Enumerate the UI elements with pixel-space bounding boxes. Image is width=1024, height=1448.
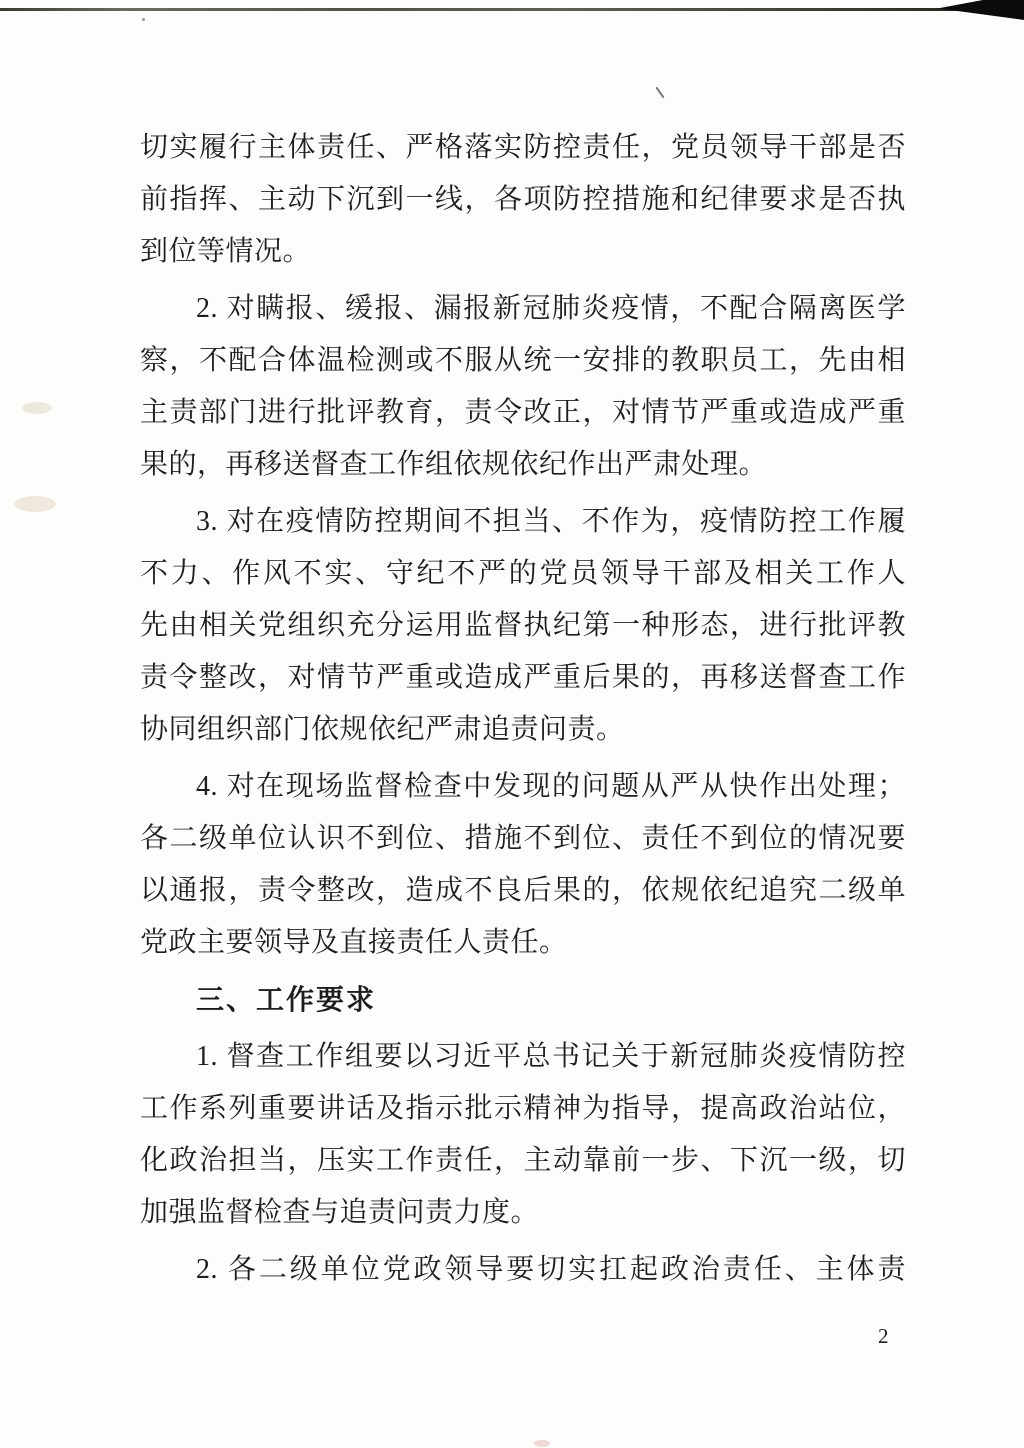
text-line: 三、工作要求 bbox=[140, 974, 906, 1026]
section-heading: 三、工作要求 bbox=[140, 974, 906, 1026]
paragraph: 2. 各二级单位党政领导要切实扛起政治责任、主体责任， bbox=[140, 1244, 906, 1296]
text-line: 2. 各二级单位党政领导要切实扛起政治责任、主体责任， bbox=[140, 1244, 906, 1296]
text-line: 协同组织部门依规依纪严肃追责问责。 bbox=[140, 704, 906, 756]
paragraph: 切实履行主体责任、严格落实防控责任，党员领导干部是否靠前指挥、主动下沉到一线，各… bbox=[140, 122, 906, 278]
text-line: 2. 对瞒报、缓报、漏报新冠肺炎疫情，不配合隔离医学观 bbox=[140, 283, 906, 335]
text-line: 3. 对在疫情防控期间不担当、不作为，疫情防控工作履责 bbox=[140, 496, 906, 548]
text-line: 前指挥、主动下沉到一线，各项防控措施和纪律要求是否执行 bbox=[140, 174, 906, 226]
text-line: 先由相关党组织充分运用监督执纪第一种形态，进行批评教育， bbox=[140, 600, 906, 652]
scan-artifact-smudge bbox=[534, 1440, 550, 1447]
text-line: 4. 对在现场监督检查中发现的问题从严从快作出处理；对 bbox=[140, 761, 906, 813]
scan-artifact-stray-mark bbox=[655, 87, 664, 99]
scan-artifact-corner-shadow bbox=[938, 0, 1024, 20]
paragraph: 4. 对在现场监督检查中发现的问题从严从快作出处理；对各二级单位认识不到位、措施… bbox=[140, 761, 906, 969]
text-line: 工作系列重要讲话及指示批示精神为指导，提高政治站位，强 bbox=[140, 1083, 906, 1135]
text-line: 到位等情况。 bbox=[140, 226, 906, 278]
text-line: 察，不配合体温检测或不服从统一安排的教职员工，先由相关 bbox=[140, 335, 906, 387]
text-line: 各二级单位认识不到位、措施不到位、责任不到位的情况要予 bbox=[140, 813, 906, 865]
text-line: 化政治担当，压实工作责任，主动靠前一步、下沉一级，切实 bbox=[140, 1135, 906, 1187]
text-line: 果的，再移送督查工作组依规依纪作出严肃处理。 bbox=[140, 439, 906, 491]
scan-artifact-top-line bbox=[0, 8, 1024, 11]
text-line: 切实履行主体责任、严格落实防控责任，党员领导干部是否靠 bbox=[140, 122, 906, 174]
page-number: 2 bbox=[878, 1324, 889, 1349]
text-line: 以通报，责令整改，造成不良后果的，依规依纪追究二级单位 bbox=[140, 865, 906, 917]
document-body: 切实履行主体责任、严格落实防控责任，党员领导干部是否靠前指挥、主动下沉到一线，各… bbox=[140, 122, 906, 1301]
scanned-document-page: 切实履行主体责任、严格落实防控责任，党员领导干部是否靠前指挥、主动下沉到一线，各… bbox=[0, 0, 1024, 1448]
paragraph: 1. 督查工作组要以习近平总书记关于新冠肺炎疫情防控工作系列重要讲话及指示批示精… bbox=[140, 1031, 906, 1239]
paragraph: 2. 对瞒报、缓报、漏报新冠肺炎疫情，不配合隔离医学观察，不配合体温检测或不服从… bbox=[140, 283, 906, 491]
text-line: 1. 督查工作组要以习近平总书记关于新冠肺炎疫情防控 bbox=[140, 1031, 906, 1083]
scan-artifact-smudge bbox=[14, 496, 56, 512]
scan-artifact-speck bbox=[142, 18, 145, 21]
text-line: 不力、作风不实、守纪不严的党员领导干部及相关工作人员， bbox=[140, 548, 906, 600]
text-line: 党政主要领导及直接责任人责任。 bbox=[140, 917, 906, 969]
scan-artifact-smudge bbox=[22, 402, 52, 414]
text-line: 责令整改，对情节严重或造成严重后果的，再移送督查工作组 bbox=[140, 652, 906, 704]
text-line: 加强监督检查与追责问责力度。 bbox=[140, 1187, 906, 1239]
text-line: 主责部门进行批评教育，责令改正，对情节严重或造成严重后 bbox=[140, 387, 906, 439]
paragraph: 3. 对在疫情防控期间不担当、不作为，疫情防控工作履责不力、作风不实、守纪不严的… bbox=[140, 496, 906, 756]
